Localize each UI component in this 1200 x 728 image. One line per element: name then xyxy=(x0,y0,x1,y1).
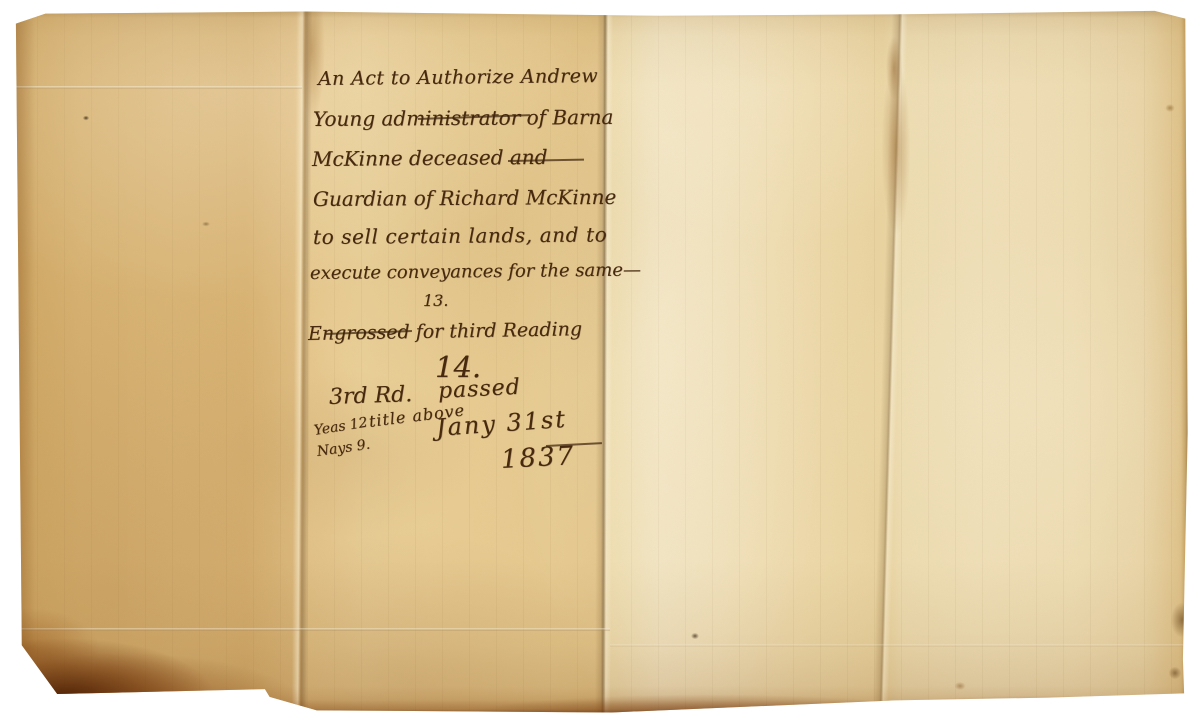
paper-sheet: An Act to Authorize Andrew Young adminis… xyxy=(10,8,1190,716)
scanned-document: An Act to Authorize Andrew Young adminis… xyxy=(0,0,1200,728)
docket-title-line-6: execute conveyances for the same— xyxy=(310,260,641,284)
docket-title-line-2: Young administrator of Barna xyxy=(313,105,614,131)
docket-panel: An Act to Authorize Andrew Young adminis… xyxy=(10,8,1190,716)
docket-year: 1837 xyxy=(500,441,576,475)
docket-title-line-4: Guardian of Richard McKinne xyxy=(313,185,616,211)
docket-number-13: 13. xyxy=(423,291,448,310)
passed-notation: passed xyxy=(437,375,521,404)
third-reading-notation: 3rd Rd. xyxy=(329,382,413,410)
docket-title-line-3: McKinne deceased and xyxy=(312,145,548,171)
docket-title-line-1: An Act to Authorize Andrew xyxy=(318,65,598,90)
nays-count: Nays 9. xyxy=(316,437,371,460)
yeas-count: Yeas 12 xyxy=(313,415,369,439)
docket-title-line-5: to sell certain lands, and to xyxy=(313,222,608,249)
engrossed-notation: Engrossed for third Reading xyxy=(308,318,582,345)
